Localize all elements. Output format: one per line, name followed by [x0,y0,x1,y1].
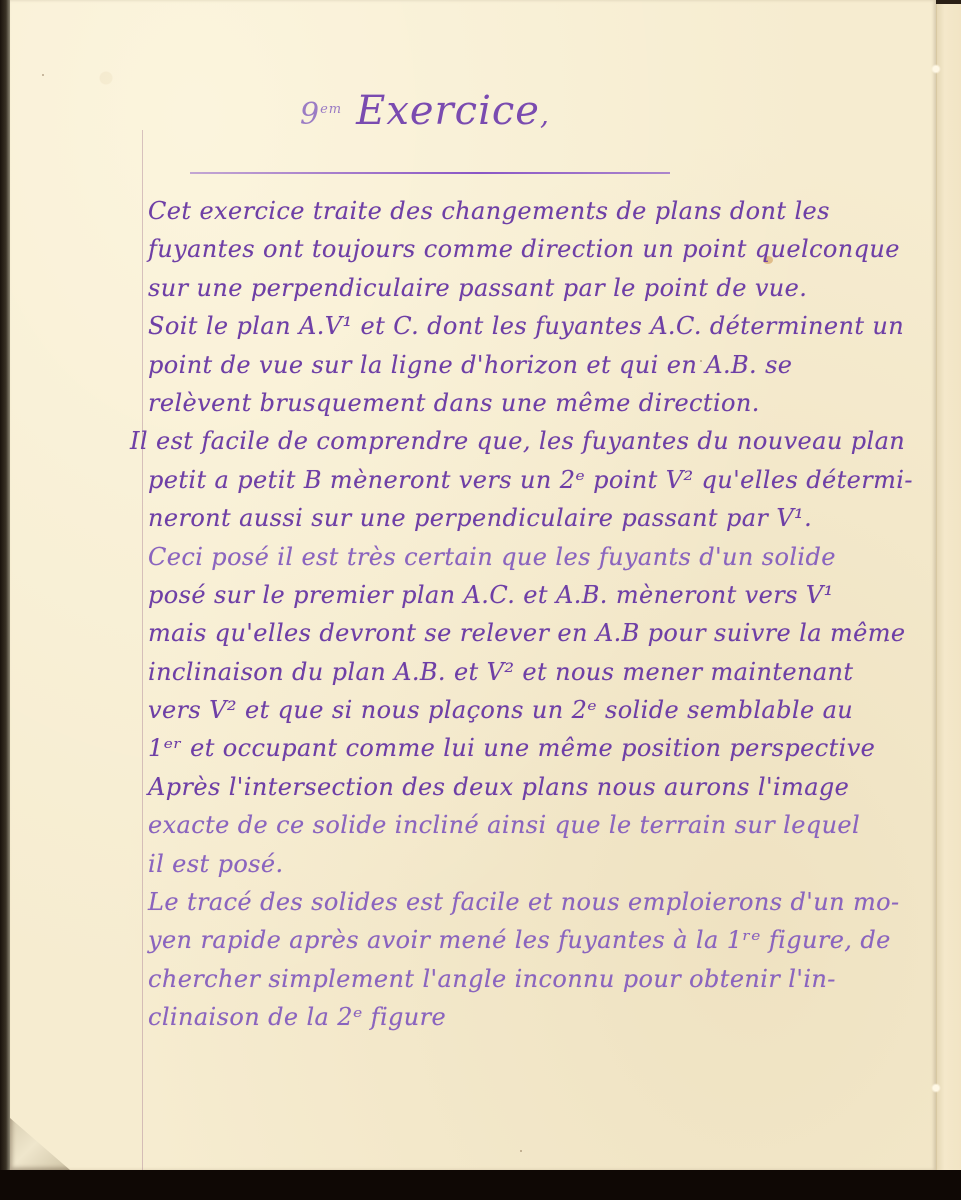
text-line: Il est facile de comprendre que, les fuy… [130,422,918,460]
text-line: point de vue sur la ligne d'horizon et q… [148,346,918,384]
text-line: clinaison de la 2ᵉ figure [148,998,918,1036]
text-line: vers V² et que si nous plaçons un 2ᵉ sol… [148,691,918,729]
text-line: Soit le plan A.V¹ et C. dont les fuyante… [148,307,918,345]
text-line: fuyantes ont toujours comme direction un… [148,230,918,268]
text-line: posé sur le premier plan A.C. et A.B. mè… [148,576,918,614]
binding-hole [931,64,941,74]
text-line: Le tracé des solides est facile et nous … [148,883,918,921]
text-line: relèvent brusquement dans une même direc… [148,384,918,422]
text-line: sur une perpendiculaire passant par le p… [148,269,918,307]
text-line: 1ᵉʳ et occupant comme lui une même posit… [148,729,918,767]
handwritten-body: Cet exercice traite des changements de p… [148,192,918,1037]
next-page-edge [936,0,961,1170]
text-line: yen rapide après avoir mené les fuyantes… [148,921,918,959]
exercise-title: Exercice [356,88,540,134]
text-line: mais qu'elles devront se relever en A.B … [148,614,918,652]
scan-frame-top [936,0,961,4]
text-line: neront aussi sur une perpendiculaire pas… [148,499,918,537]
scan-frame-bottom [0,1170,961,1200]
margin-line [142,130,143,1170]
title-underline [190,172,670,174]
text-line: il est posé. [148,845,918,883]
exercise-number: 9em [300,97,342,132]
binding-hole [931,1083,941,1093]
text-line: Après l'intersection des deux plans nous… [148,768,918,806]
page-title: 9emExercice, [300,88,550,134]
text-line: Ceci posé il est très certain que les fu… [148,538,918,576]
scan-frame-left [0,0,10,1170]
text-line: exacte de ce solide incliné ainsi que le… [148,806,918,844]
text-line: chercher simplement l'angle inconnu pour… [148,960,918,998]
text-line: petit a petit B mèneront vers un 2ᵉ poin… [148,461,918,499]
text-line: inclinaison du plan A.B. et V² et nous m… [148,653,918,691]
text-line: Cet exercice traite des changements de p… [148,192,918,230]
